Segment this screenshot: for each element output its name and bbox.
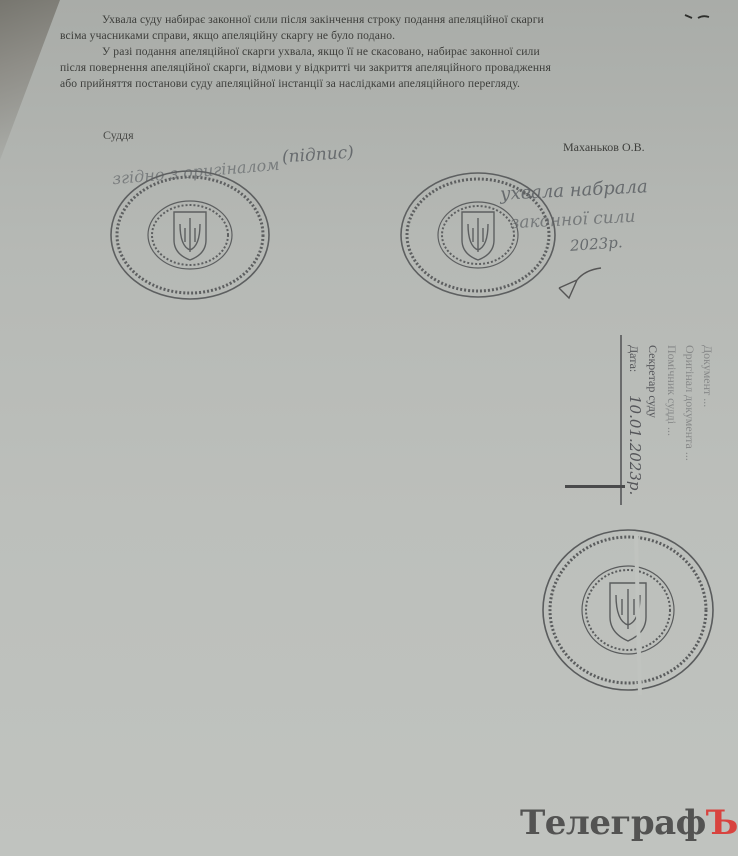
paragraph-line: У разі подання апеляційної скарги ухвала… xyxy=(60,44,680,60)
certification-line: Оригінал документа ... xyxy=(682,345,697,461)
paragraph-line: Ухвала суду набирає законної сили після … xyxy=(60,12,680,28)
paragraph-appeal: У разі подання апеляційної скарги ухвала… xyxy=(60,44,680,92)
certification-secretary: Секретар суду xyxy=(645,345,660,418)
paragraph-effective-date: Ухвала суду набирає законної сили після … xyxy=(60,12,680,44)
certification-line: Помічник судді ... xyxy=(664,345,679,436)
paragraph-line: після повернення апеляційної скарги, від… xyxy=(60,60,680,76)
ink-mark xyxy=(565,485,625,488)
watermark-logo: ТелеграфЪ xyxy=(520,803,738,843)
photo-shadow xyxy=(0,0,60,160)
divider xyxy=(620,335,622,505)
watermark-accent: Ъ xyxy=(706,803,738,843)
certification-block: Документ ... Оригінал документа ... Помі… xyxy=(590,335,730,515)
certification-date-label: Дата: xyxy=(626,345,641,372)
handwriting-date: 2023р. xyxy=(569,233,623,255)
paragraph-line: всіма учасниками справи, якщо апеляційну… xyxy=(60,28,680,44)
judge-name: Маханьков О.В. xyxy=(563,140,645,155)
signature-scribble-icon xyxy=(555,258,605,303)
certification-date-value: 10.01.2023р. xyxy=(626,395,644,495)
pen-mark-icon xyxy=(683,12,713,22)
court-seal-icon xyxy=(540,525,720,695)
watermark-main: Телеграф xyxy=(520,803,706,843)
handwriting-signature: (підпис) xyxy=(281,143,354,168)
judge-label: Суддя xyxy=(103,128,134,143)
certification-line: Документ ... xyxy=(700,345,715,407)
court-seal-icon xyxy=(398,170,558,300)
court-seal-icon xyxy=(108,168,273,303)
paragraph-line: або прийняття постанови суду апеляційної… xyxy=(60,76,680,92)
